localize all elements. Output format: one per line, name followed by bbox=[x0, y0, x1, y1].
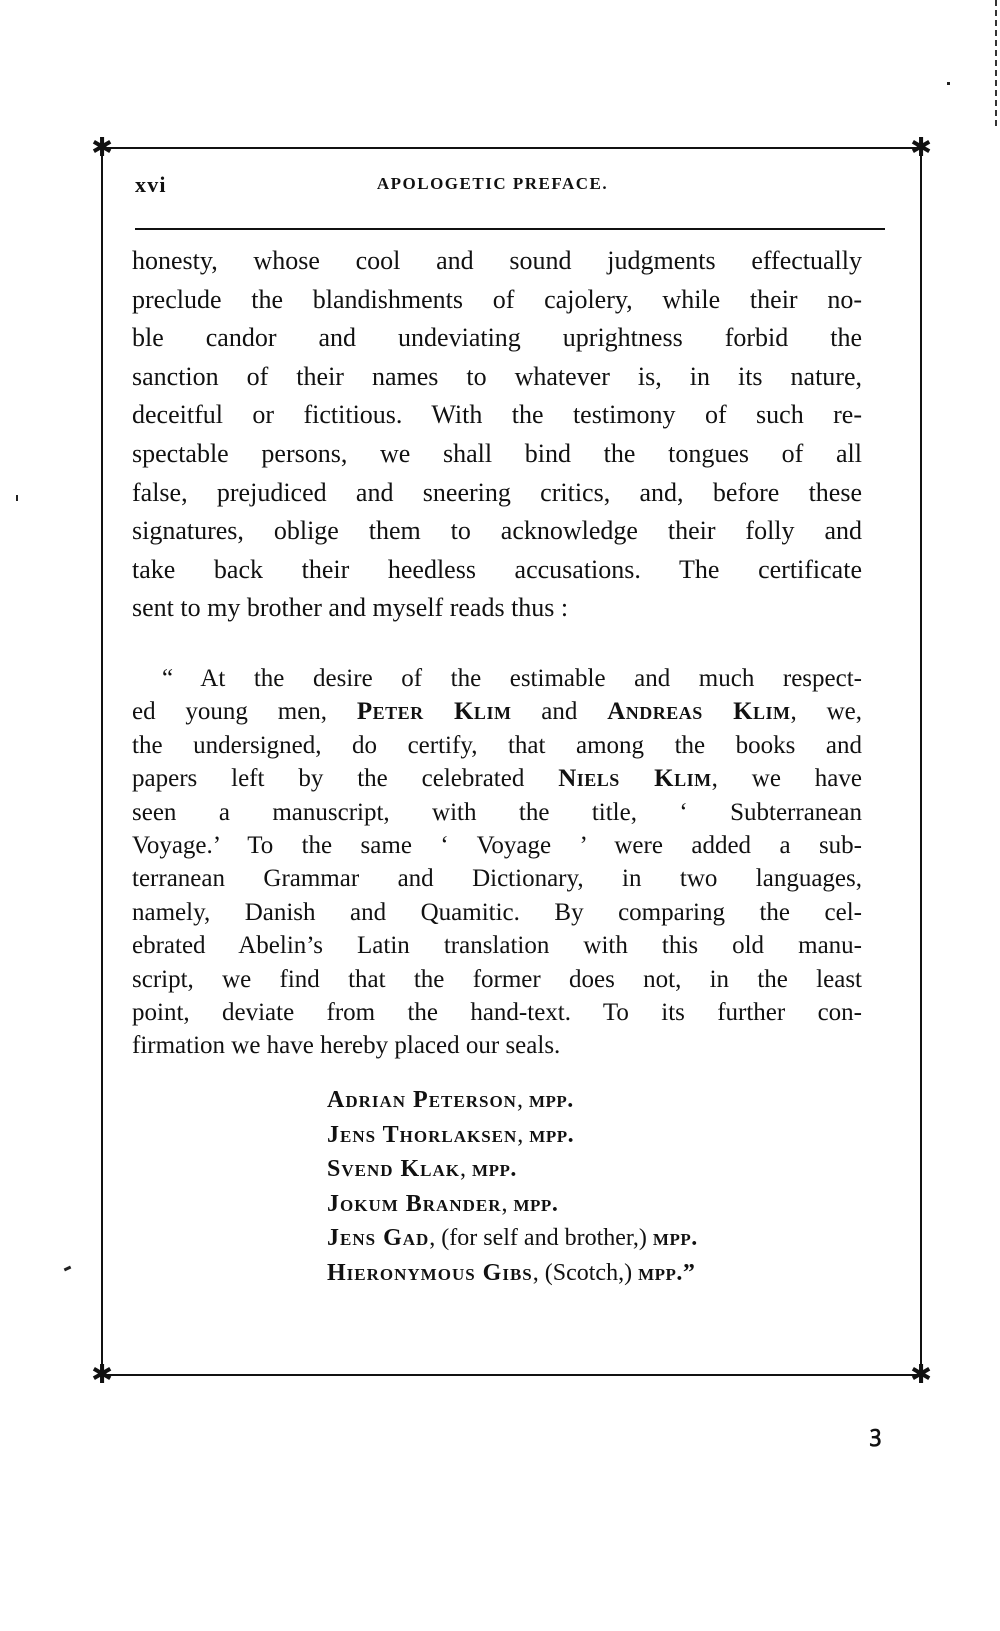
text-line: ed young men, Peter Klim and Andreas Kli… bbox=[132, 695, 862, 728]
certificate-quote: “ At the desire of the estimable and muc… bbox=[132, 662, 862, 1063]
text-line: honesty, whose cool and sound judgments … bbox=[132, 242, 862, 281]
signatory-name: Jokum Brander bbox=[327, 1191, 502, 1217]
running-head: xvi APOLOGETIC PREFACE. bbox=[135, 172, 890, 202]
body-paragraph: honesty, whose cool and sound judgments … bbox=[132, 242, 862, 628]
asterisk-ornament-icon: ✱ bbox=[908, 1362, 934, 1388]
signature-line: Jens Gad, (for self and brother,) mpp. bbox=[327, 1221, 887, 1256]
scan-speck bbox=[16, 495, 18, 501]
frame-right-rule bbox=[920, 148, 922, 1374]
text-line: terranean Grammar and Dictionary, in two… bbox=[132, 862, 862, 895]
text-line: deceitful or fictitious. With the testim… bbox=[132, 396, 862, 435]
text-line: preclude the blandishments of cajolery, … bbox=[132, 281, 862, 320]
page-title: APOLOGETIC PREFACE. bbox=[135, 174, 890, 194]
person-name: Andreas Klim bbox=[607, 698, 790, 725]
head-rule bbox=[135, 228, 885, 230]
text-span: , we have bbox=[712, 765, 862, 792]
signatory-note: , bbox=[460, 1156, 466, 1182]
frame-top-rule bbox=[101, 147, 921, 149]
signatory-suffix: mpp.” bbox=[638, 1260, 695, 1286]
text-line: ebrated Abelin’s Latin translation with … bbox=[132, 929, 862, 962]
signature-line: Hieronymous Gibs, (Scotch,) mpp.” bbox=[327, 1256, 887, 1291]
asterisk-ornament-icon: ✱ bbox=[908, 135, 934, 161]
text-line: namely, Danish and Quamitic. By comparin… bbox=[132, 896, 862, 929]
text-line: Voyage.’ To the same ‘ Voyage ’ were add… bbox=[132, 829, 862, 862]
text-line: “ At the desire of the estimable and muc… bbox=[132, 662, 862, 695]
text-span: , we, bbox=[791, 698, 862, 725]
signature-mark-icon: ꝫ bbox=[870, 1418, 881, 1448]
text-span: and bbox=[511, 698, 607, 725]
person-name: Niels Klim bbox=[558, 765, 711, 792]
person-name: Peter Klim bbox=[357, 698, 512, 725]
signatory-suffix: mpp. bbox=[529, 1122, 574, 1148]
text-line: ble candor and undeviating uprightness f… bbox=[132, 319, 862, 358]
signatory-name: Jens Thorlaksen bbox=[327, 1122, 517, 1148]
text-line: firmation we have hereby placed our seal… bbox=[132, 1029, 862, 1062]
signatory-name: Hieronymous Gibs bbox=[327, 1260, 533, 1286]
text-line: false, prejudiced and sneering critics, … bbox=[132, 474, 862, 513]
text-line: sanction of their names to whatever is, … bbox=[132, 358, 862, 397]
signatory-note: , bbox=[502, 1191, 508, 1217]
signatory-suffix: mpp. bbox=[529, 1087, 574, 1113]
signatory-name: Svend Klak bbox=[327, 1156, 460, 1182]
asterisk-ornament-icon: ✱ bbox=[89, 135, 115, 161]
signatory-name: Adrian Peterson bbox=[327, 1087, 517, 1113]
text-line: spectable persons, we shall bind the ton… bbox=[132, 435, 862, 474]
signature-list: Adrian Peterson, mpp. Jens Thorlaksen, m… bbox=[327, 1083, 887, 1290]
text-line: signatures, oblige them to acknowledge t… bbox=[132, 512, 862, 551]
scan-edge-mark bbox=[995, 0, 997, 130]
signature-line: Jokum Brander, mpp. bbox=[327, 1187, 887, 1222]
signatory-suffix: mpp. bbox=[472, 1156, 517, 1182]
text-line: seen a manuscript, with the title, ‘ Sub… bbox=[132, 796, 862, 829]
signatory-note: , (Scotch,) bbox=[533, 1260, 632, 1286]
text-line: sent to my brother and myself reads thus… bbox=[132, 589, 862, 628]
signature-line: Jens Thorlaksen, mpp. bbox=[327, 1118, 887, 1153]
text-line: script, we find that the former does not… bbox=[132, 963, 862, 996]
signatory-note: , (for self and brother,) bbox=[429, 1225, 647, 1251]
signatory-note: , bbox=[517, 1122, 523, 1148]
frame-left-rule bbox=[101, 148, 103, 1374]
frame-bottom-rule bbox=[101, 1374, 921, 1376]
signatory-suffix: mpp. bbox=[514, 1191, 559, 1217]
text-line: papers left by the celebrated Niels Klim… bbox=[132, 762, 862, 795]
scan-speck bbox=[947, 82, 950, 85]
asterisk-ornament-icon: ✱ bbox=[89, 1362, 115, 1388]
text-line: the undersigned, do certify, that among … bbox=[132, 729, 862, 762]
scan-speck bbox=[64, 1266, 72, 1272]
text-span: ed young men, bbox=[132, 698, 357, 725]
text-line: take back their heedless accusations. Th… bbox=[132, 551, 862, 590]
text-line: point, deviate from the hand-text. To it… bbox=[132, 996, 862, 1029]
signature-line: Svend Klak, mpp. bbox=[327, 1152, 887, 1187]
signature-line: Adrian Peterson, mpp. bbox=[327, 1083, 887, 1118]
signatory-note: , bbox=[517, 1087, 523, 1113]
signatory-suffix: mpp. bbox=[653, 1225, 698, 1251]
text-span: papers left by the celebrated bbox=[132, 765, 558, 792]
signatory-name: Jens Gad bbox=[327, 1225, 429, 1251]
